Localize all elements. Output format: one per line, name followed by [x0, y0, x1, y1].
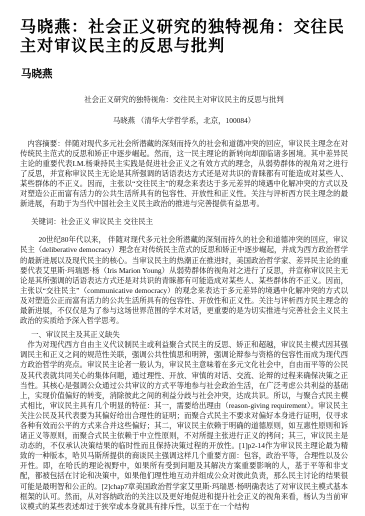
article-title: 马晓燕：社会正义研究的独特视角：交往民主对审议民主的反思与批判	[20, 18, 348, 56]
document-page: 马晓燕：社会正义研究的独特视角：交往民主对审议民主的反思与批判 马晓燕 社会正义…	[0, 0, 365, 516]
intro-paragraph: 20世纪80年代以来， 伴随对现代多元社会所潜藏的深刻而持久的社会和道德冲突的回…	[20, 235, 348, 326]
section-1-paragraph: 作为对现代西方自由主义代议制民主或利益聚合式民主的反思、矫正和超越，审议民主模式…	[20, 340, 348, 512]
paper-title: 社会正义研究的独特视角：交往民主对审议民主的反思与批判	[20, 95, 348, 105]
section-1-heading: 一、审议民主及其正义缺失	[20, 330, 348, 340]
paper-byline-affiliation: 马晓燕 （清华大学哲学系，北京，100084）	[20, 116, 348, 126]
article-author: 马晓燕	[21, 66, 348, 81]
abstract-paragraph: 内容摘要：伴随对现代多元社会所潜藏的深刻而持久的社会和道德冲突的回应，审议民主理…	[20, 139, 348, 210]
keywords-line: 关键词：社会正义 审议民主 交往民主	[20, 217, 348, 227]
